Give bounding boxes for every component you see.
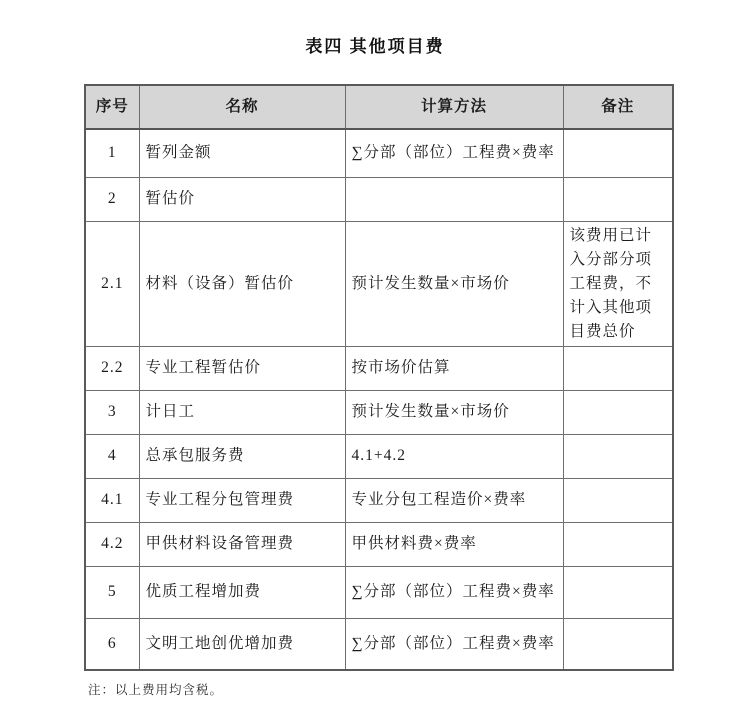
- header-cell-name: 名称: [139, 85, 345, 129]
- table-row: 2.1 材料（设备）暂估价 预计发生数量×市场价 该费用已计入分部分项工程费，不…: [85, 221, 673, 346]
- cell-remark: [563, 129, 673, 177]
- table-row: 4.2 甲供材料设备管理费 甲供材料费×费率: [85, 522, 673, 566]
- cell-name: 总承包服务费: [139, 434, 345, 478]
- cell-remark: [563, 177, 673, 221]
- cell-method: ∑分部（部位）工程费×费率: [345, 566, 563, 618]
- table-row: 6 文明工地创优增加费 ∑分部（部位）工程费×费率: [85, 618, 673, 670]
- table-row: 2 暂估价: [85, 177, 673, 221]
- cell-method: ∑分部（部位）工程费×费率: [345, 129, 563, 177]
- cell-name: 甲供材料设备管理费: [139, 522, 345, 566]
- table-row: 5 优质工程增加费 ∑分部（部位）工程费×费率: [85, 566, 673, 618]
- table-row: 2.2 专业工程暂估价 按市场价估算: [85, 346, 673, 390]
- header-cell-remark: 备注: [563, 85, 673, 129]
- cell-name: 暂列金额: [139, 129, 345, 177]
- cell-remark: [563, 346, 673, 390]
- cell-method: 预计发生数量×市场价: [345, 390, 563, 434]
- cell-remark: [563, 566, 673, 618]
- cell-name: 优质工程增加费: [139, 566, 345, 618]
- cell-name: 暂估价: [139, 177, 345, 221]
- cell-name: 文明工地创优增加费: [139, 618, 345, 670]
- cell-remark: [563, 618, 673, 670]
- cell-no: 5: [85, 566, 139, 618]
- cell-method: 专业分包工程造价×费率: [345, 478, 563, 522]
- cell-method: 甲供材料费×费率: [345, 522, 563, 566]
- document-page: 表四 其他项目费 序号 名称 计算方法 备注 1 暂列金额 ∑分部（部位）工程费…: [0, 0, 750, 709]
- cell-remark: [563, 434, 673, 478]
- cell-no: 2.2: [85, 346, 139, 390]
- cell-no: 1: [85, 129, 139, 177]
- cell-name: 专业工程暂估价: [139, 346, 345, 390]
- cell-remark: 该费用已计入分部分项工程费，不计入其他项目费总价: [563, 221, 673, 346]
- cell-remark: [563, 390, 673, 434]
- cell-method: 4.1+4.2: [345, 434, 563, 478]
- table-row: 4.1 专业工程分包管理费 专业分包工程造价×费率: [85, 478, 673, 522]
- cell-no: 2: [85, 177, 139, 221]
- table-row: 3 计日工 预计发生数量×市场价: [85, 390, 673, 434]
- cell-remark: [563, 478, 673, 522]
- page-title: 表四 其他项目费: [0, 32, 750, 57]
- cell-no: 2.1: [85, 221, 139, 346]
- other-project-fees-table: 序号 名称 计算方法 备注 1 暂列金额 ∑分部（部位）工程费×费率 2 暂估价…: [84, 84, 674, 671]
- cell-no: 4.1: [85, 478, 139, 522]
- cell-method: 预计发生数量×市场价: [345, 221, 563, 346]
- table-header-row: 序号 名称 计算方法 备注: [85, 85, 673, 129]
- footnote: 注：以上费用均含税。: [88, 680, 750, 698]
- header-cell-method: 计算方法: [345, 85, 563, 129]
- cell-name: 材料（设备）暂估价: [139, 221, 345, 346]
- cell-name: 专业工程分包管理费: [139, 478, 345, 522]
- cell-no: 6: [85, 618, 139, 670]
- header-cell-no: 序号: [85, 85, 139, 129]
- cell-name: 计日工: [139, 390, 345, 434]
- cell-remark: [563, 522, 673, 566]
- cell-no: 3: [85, 390, 139, 434]
- cell-method: ∑分部（部位）工程费×费率: [345, 618, 563, 670]
- cell-method: [345, 177, 563, 221]
- table-row: 1 暂列金额 ∑分部（部位）工程费×费率: [85, 129, 673, 177]
- table-row: 4 总承包服务费 4.1+4.2: [85, 434, 673, 478]
- cell-no: 4: [85, 434, 139, 478]
- cell-method: 按市场价估算: [345, 346, 563, 390]
- cell-no: 4.2: [85, 522, 139, 566]
